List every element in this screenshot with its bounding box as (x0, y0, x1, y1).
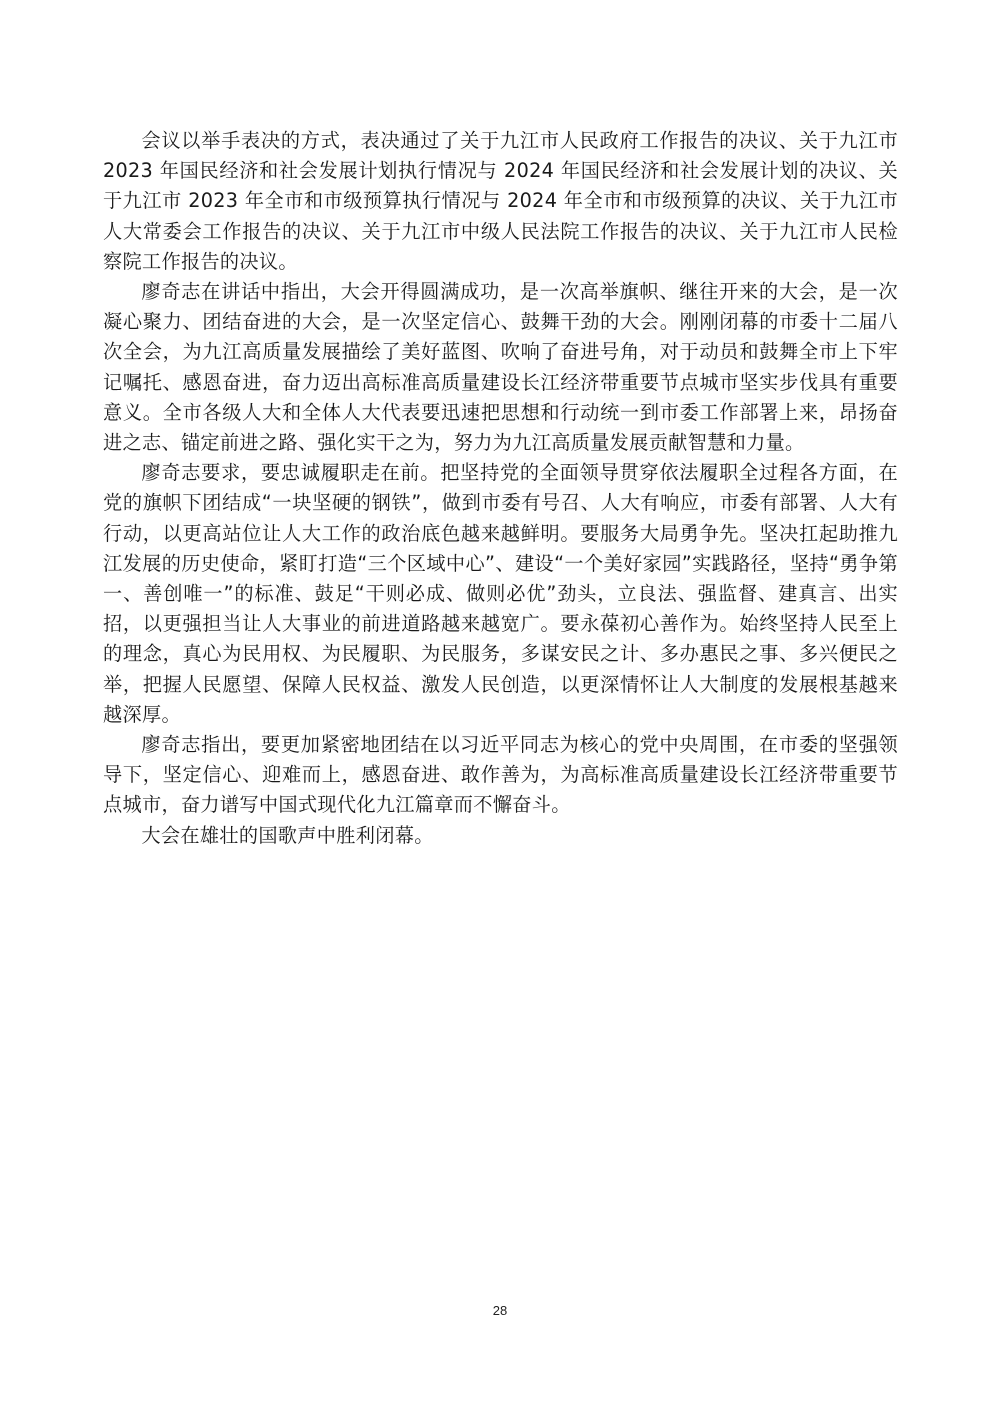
paragraph-adjournment: 大会在雄壮的国歌声中胜利闭幕。 (103, 821, 898, 851)
paragraph-requirements: 廖奇志要求，要忠诚履职走在前。把坚持党的全面领导贯穿依法履职全过程各方面，在党的… (103, 458, 898, 730)
page-number: 28 (0, 1303, 1000, 1318)
paragraph-resolutions: 会议以举手表决的方式，表决通过了关于九江市人民政府工作报告的决议、关于九江市 2… (103, 126, 898, 277)
paragraph-speech-summary: 廖奇志在讲话中指出，大会开得圆满成功，是一次高举旗帜、继往开来的大会，是一次凝心… (103, 277, 898, 458)
document-body: 会议以举手表决的方式，表决通过了关于九江市人民政府工作报告的决议、关于九江市 2… (103, 126, 898, 851)
paragraph-closing-call: 廖奇志指出，要更加紧密地团结在以习近平同志为核心的党中央周围，在市委的坚强领导下… (103, 730, 898, 821)
